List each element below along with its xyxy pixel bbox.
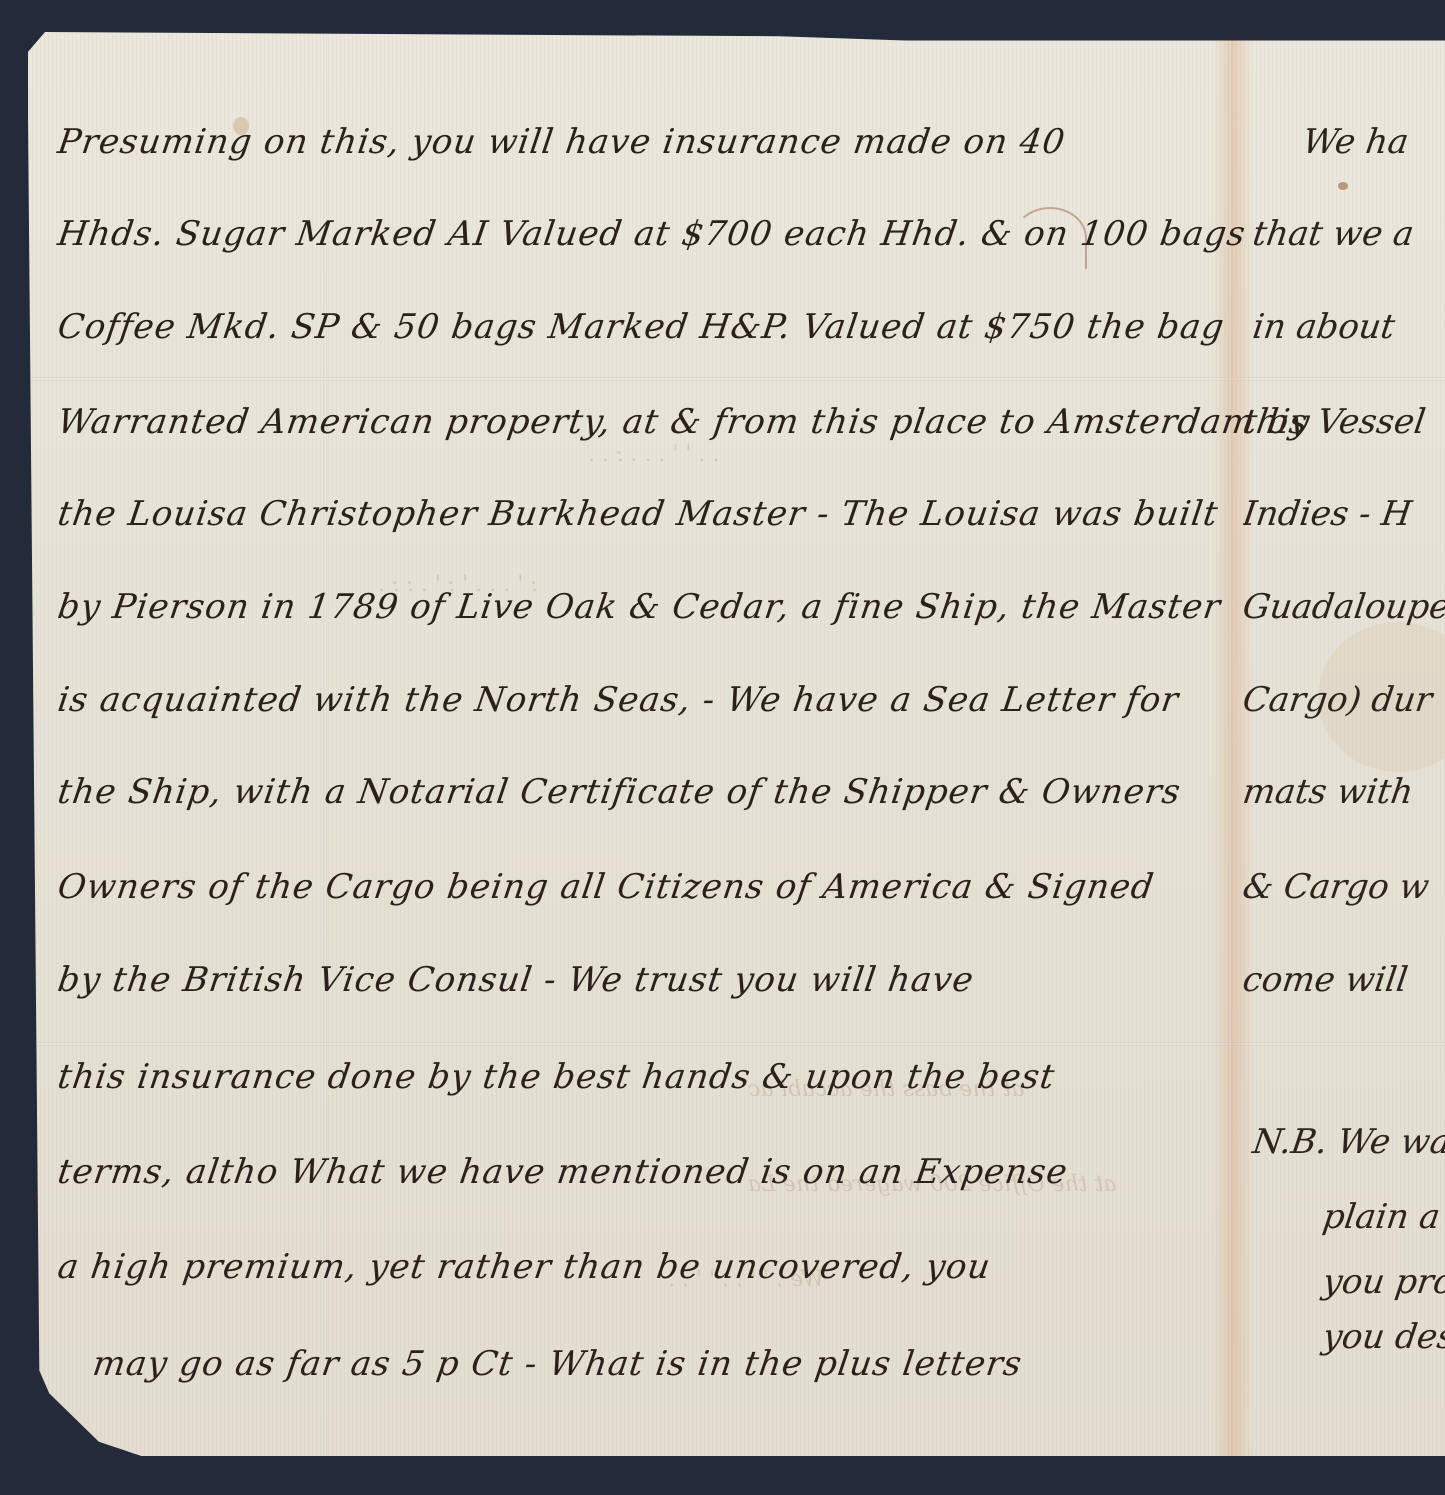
letter-line: We ha (1300, 122, 1411, 162)
letter-line: Cargo) dur (1243, 680, 1435, 720)
letter-line: the Louisa Christopher Burkhead Master -… (55, 494, 1221, 534)
letter-line: Indies - H (1243, 494, 1414, 534)
letter-line: by the British Vice Consul - We trust yo… (55, 960, 976, 1000)
letter-line: come will (1243, 960, 1410, 1000)
letter-right-page-fragment: We ha that we a in about this Vessel Ind… (1243, 122, 1445, 1452)
letter-line: is acquainted with the North Seas, - We … (55, 680, 1181, 720)
letter-line: Owners of the Cargo being all Citizens o… (55, 867, 1157, 907)
letter-line: a high premium, yet rather than be uncov… (55, 1247, 993, 1287)
letter-line: by Pierson in 1789 of Live Oak & Cedar, … (55, 587, 1223, 627)
letter-line: N.B. We wan (1250, 1122, 1445, 1162)
letter-line: that we a (1250, 214, 1416, 254)
letter-line: plain a (1320, 1197, 1442, 1237)
letter-line: Guadaloupe (1243, 587, 1445, 627)
letter-line: this insurance done by the best hands & … (55, 1057, 1057, 1097)
letter-line: in about (1250, 307, 1397, 347)
letter-line: this Vessel (1243, 402, 1428, 442)
letter-line: Presuming on this, you will have insuran… (55, 122, 1068, 162)
letter-paper: . . ' ' . . . : . . : ' . . . ' : ' . : … (28, 32, 1445, 1456)
letter-line: may go as far as 5 p Ct - What is in the… (90, 1344, 1025, 1384)
letter-line: & Cargo w (1243, 867, 1432, 907)
letter-line: you desp (1320, 1317, 1445, 1357)
letter-line: you pro (1320, 1262, 1445, 1302)
letter-line: Hhds. Sugar Marked AI Valued at $700 eac… (55, 214, 1248, 254)
letter-line: the Ship, with a Notarial Certificate of… (55, 772, 1183, 812)
letter-line: Warranted American property, at & from t… (55, 402, 1313, 442)
letter-line: terms, altho What we have mentioned is o… (55, 1152, 1070, 1192)
letter-line: mats with (1243, 772, 1416, 812)
letter-line: Coffee Mkd. SP & 50 bags Marked H&P. Val… (55, 307, 1227, 347)
